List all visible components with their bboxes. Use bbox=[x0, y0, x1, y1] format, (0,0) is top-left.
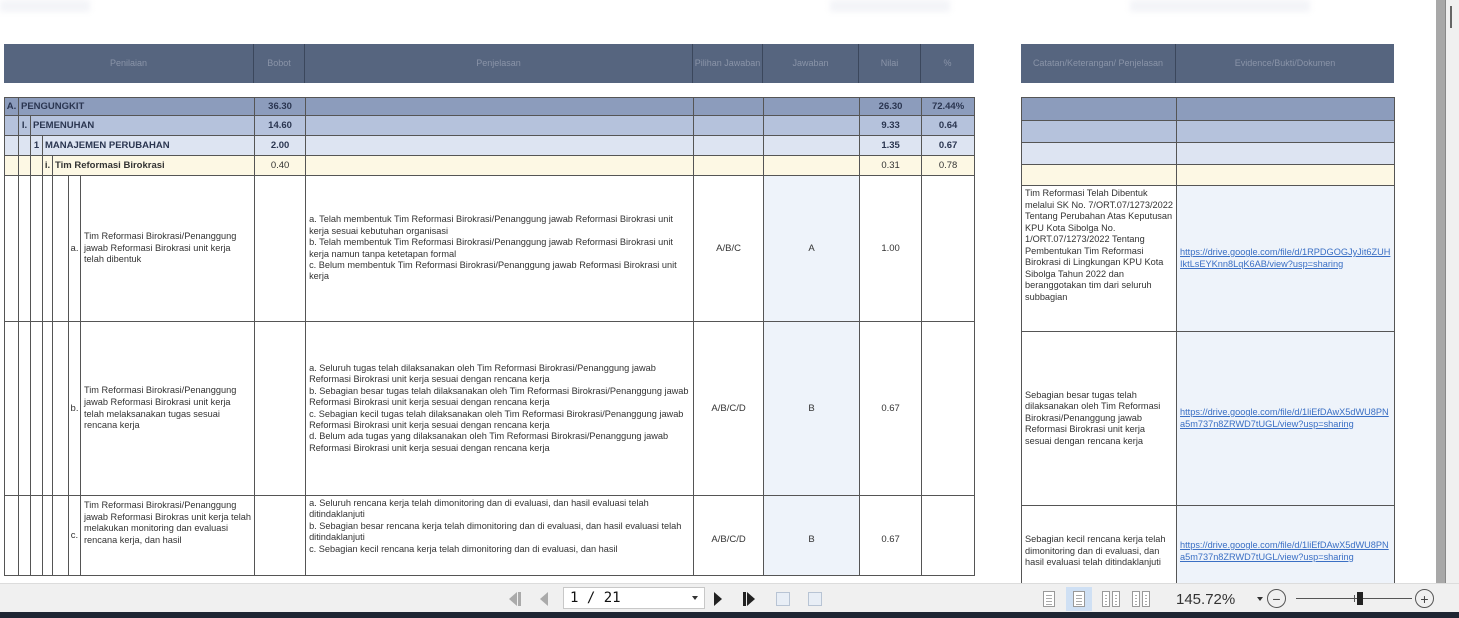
next-page-button[interactable] bbox=[710, 588, 726, 610]
scrollbar-thumb[interactable] bbox=[1450, 6, 1452, 28]
persen-pemenuhan: 0.64 bbox=[922, 116, 975, 136]
criteria-option: c. Sebagian kecil tugas telah dilaksanak… bbox=[309, 409, 690, 432]
criteria-option: b. Sebagian besar tugas telah dilaksanak… bbox=[309, 386, 690, 409]
header-penilaian: Penilaian bbox=[4, 44, 254, 83]
previous-page-icon bbox=[540, 592, 548, 606]
item-answer[interactable]: B bbox=[764, 496, 860, 576]
page-selector[interactable]: 1 / 21 bbox=[563, 587, 705, 609]
criteria-option: a. Telah membentuk Tim Reformasi Birokra… bbox=[309, 214, 690, 237]
criteria-option: b. Sebagian besar rencana kerja telah di… bbox=[309, 521, 690, 544]
item-letter: a. bbox=[69, 176, 81, 322]
previous-page-button[interactable] bbox=[536, 588, 552, 610]
item-options: A/B/C bbox=[694, 176, 764, 322]
last-page-icon bbox=[743, 592, 755, 606]
item-note: Sebagian kecil rencana kerja telah dimon… bbox=[1022, 506, 1177, 584]
evidence-link[interactable]: https://drive.google.com/file/d/1liEfDAw… bbox=[1177, 506, 1395, 584]
next-page-icon bbox=[714, 592, 722, 606]
table-row: a. Tim Reformasi Birokrasi/Penanggung ja… bbox=[5, 176, 975, 322]
item-description: Tim Reformasi Birokrasi/Penanggung jawab… bbox=[81, 176, 255, 322]
criteria-option: d. Belum ada tugas yang dilaksanakan ole… bbox=[309, 431, 690, 454]
header-evidence: Evidence/Bukti/Dokumen bbox=[1176, 44, 1394, 83]
criteria-option: c. Belum membentuk Tim Reformasi Birokra… bbox=[309, 260, 690, 283]
item-criteria: a. Seluruh rencana kerja telah dimonitor… bbox=[306, 496, 694, 576]
minus-icon: − bbox=[1272, 592, 1280, 606]
two-page-continuous-button[interactable] bbox=[1128, 587, 1154, 611]
last-page-button[interactable] bbox=[738, 588, 760, 610]
row-manajemen-perubahan: 1 MANAJEMEN PERUBAHAN 2.00 1.35 0.67 bbox=[5, 136, 975, 156]
code-1: 1 bbox=[31, 136, 43, 156]
previous-view-button[interactable] bbox=[772, 588, 794, 610]
item-score: 0.67 bbox=[860, 496, 922, 576]
notes-table: Tim Reformasi Telah Dibentuk melalui SK … bbox=[1021, 97, 1395, 583]
nilai-manajemen: 1.35 bbox=[860, 136, 922, 156]
label-pengungkit: PENGUNGKIT bbox=[19, 98, 255, 116]
table-header: Penilaian Bobot Penjelasan Pilihan Jawab… bbox=[4, 44, 974, 83]
item-answer[interactable]: B bbox=[764, 322, 860, 496]
zoom-slider-handle[interactable] bbox=[1357, 592, 1363, 605]
code-a: A. bbox=[5, 98, 19, 116]
item-description: Tim Reformasi Birokrasi/Penanggung jawab… bbox=[81, 322, 255, 496]
header-catatan: Catatan/Keterangan/ Penjelasan bbox=[1021, 44, 1176, 83]
next-view-button[interactable] bbox=[804, 588, 826, 610]
continuous-page-icon bbox=[1073, 591, 1085, 607]
code-i: I. bbox=[19, 116, 31, 136]
zoom-slider[interactable] bbox=[1296, 598, 1412, 599]
zoom-level[interactable]: 145.72% bbox=[1176, 588, 1235, 610]
single-page-view-button[interactable] bbox=[1036, 587, 1062, 611]
continuous-view-button[interactable] bbox=[1066, 587, 1092, 611]
chevron-down-icon bbox=[692, 596, 698, 600]
item-options: A/B/C/D bbox=[694, 322, 764, 496]
note-row: Sebagian besar tugas telah dilaksanakan … bbox=[1022, 332, 1395, 506]
row-tim-reformasi: i. Tim Reformasi Birokrasi 0.40 0.31 0.7… bbox=[5, 156, 975, 176]
label-manajemen-perubahan: MANAJEMEN PERUBAHAN bbox=[43, 136, 255, 156]
item-options: A/B/C/D bbox=[694, 496, 764, 576]
header-nilai: Nilai bbox=[859, 44, 921, 83]
item-answer[interactable]: A bbox=[764, 176, 860, 322]
item-letter: c. bbox=[69, 496, 81, 576]
page-indicator: 1 / 21 bbox=[570, 590, 621, 606]
nilai-pengungkit: 26.30 bbox=[860, 98, 922, 116]
criteria-option: a. Seluruh tugas telah dilaksanakan oleh… bbox=[309, 363, 690, 386]
persen-manajemen: 0.67 bbox=[922, 136, 975, 156]
header-jawaban: Jawaban bbox=[763, 44, 859, 83]
table-row: c. Tim Reformasi Birokrasi/Penanggung ja… bbox=[5, 496, 975, 576]
scan-artifact bbox=[830, 0, 950, 12]
item-note: Sebagian besar tugas telah dilaksanakan … bbox=[1022, 332, 1177, 506]
note-row: Sebagian kecil rencana kerja telah dimon… bbox=[1022, 506, 1395, 584]
next-view-icon bbox=[808, 592, 822, 606]
vertical-scrollbar[interactable] bbox=[1436, 0, 1459, 583]
item-letter: b. bbox=[69, 322, 81, 496]
label-pemenuhan: PEMENUHAN bbox=[31, 116, 255, 136]
item-criteria: a. Seluruh tugas telah dilaksanakan oleh… bbox=[306, 322, 694, 496]
scrollbar-track[interactable] bbox=[1436, 0, 1446, 583]
bobot-manajemen: 2.00 bbox=[255, 136, 306, 156]
pdf-viewer: Penilaian Bobot Penjelasan Pilihan Jawab… bbox=[0, 0, 1459, 618]
code-ii: i. bbox=[43, 156, 53, 176]
bobot-tim-reformasi: 0.40 bbox=[255, 156, 306, 176]
two-page-icon bbox=[1102, 591, 1120, 607]
bobot-pemenuhan: 14.60 bbox=[255, 116, 306, 136]
first-page-icon bbox=[509, 592, 521, 606]
single-page-icon bbox=[1043, 591, 1055, 607]
item-score: 0.67 bbox=[860, 322, 922, 496]
evidence-link[interactable]: https://drive.google.com/file/d/1liEfDAw… bbox=[1177, 332, 1395, 506]
scan-artifact bbox=[1130, 0, 1310, 12]
plus-icon: + bbox=[1420, 592, 1428, 606]
evidence-link[interactable]: https://drive.google.com/file/d/1RPDGOGJ… bbox=[1177, 186, 1395, 332]
first-page-button[interactable] bbox=[505, 588, 525, 610]
note-row: Tim Reformasi Telah Dibentuk melalui SK … bbox=[1022, 186, 1395, 332]
two-page-view-button[interactable] bbox=[1098, 587, 1124, 611]
header-pilihan-jawaban: Pilihan Jawaban bbox=[693, 44, 763, 83]
taskbar bbox=[0, 612, 1459, 618]
criteria-option: b. Telah membentuk Tim Reformasi Birokra… bbox=[309, 237, 690, 260]
row-pengungkit: A. PENGUNGKIT 36.30 26.30 72.44% bbox=[5, 98, 975, 116]
criteria-option: a. Seluruh rencana kerja telah dimonitor… bbox=[309, 498, 690, 521]
document-page: Penilaian Bobot Penjelasan Pilihan Jawab… bbox=[0, 0, 1436, 583]
zoom-dropdown-icon[interactable] bbox=[1257, 597, 1263, 601]
criteria-option: c. Sebagian kecil rencana kerja telah di… bbox=[309, 544, 690, 555]
scan-artifact bbox=[0, 0, 90, 12]
zoom-out-button[interactable]: − bbox=[1267, 589, 1286, 608]
item-score: 1.00 bbox=[860, 176, 922, 322]
header-penjelasan: Penjelasan bbox=[305, 44, 693, 83]
nilai-pemenuhan: 9.33 bbox=[860, 116, 922, 136]
two-page-continuous-icon bbox=[1132, 591, 1150, 607]
persen-pengungkit: 72.44% bbox=[922, 98, 975, 116]
header-persen: % bbox=[921, 44, 974, 83]
assessment-table: A. PENGUNGKIT 36.30 26.30 72.44% I. PEME… bbox=[4, 97, 975, 576]
persen-tim-reformasi: 0.78 bbox=[922, 156, 975, 176]
item-criteria: a. Telah membentuk Tim Reformasi Birokra… bbox=[306, 176, 694, 322]
previous-view-icon bbox=[776, 592, 790, 606]
zoom-in-button[interactable]: + bbox=[1415, 589, 1434, 608]
label-tim-reformasi: Tim Reformasi Birokrasi bbox=[53, 156, 255, 176]
item-note: Tim Reformasi Telah Dibentuk melalui SK … bbox=[1022, 186, 1177, 332]
header-bobot: Bobot bbox=[254, 44, 305, 83]
notes-header: Catatan/Keterangan/ Penjelasan Evidence/… bbox=[1021, 44, 1394, 83]
table-row: b. Tim Reformasi Birokrasi/Penanggung ja… bbox=[5, 322, 975, 496]
slider-center-tick bbox=[1354, 595, 1355, 602]
bottom-toolbar: 1 / 21 145.72% − + bbox=[0, 583, 1459, 612]
item-description: Tim Reformasi Birokrasi/Penanggung jawab… bbox=[81, 496, 255, 576]
nilai-tim-reformasi: 0.31 bbox=[860, 156, 922, 176]
row-pemenuhan: I. PEMENUHAN 14.60 9.33 0.64 bbox=[5, 116, 975, 136]
bobot-pengungkit: 36.30 bbox=[255, 98, 306, 116]
